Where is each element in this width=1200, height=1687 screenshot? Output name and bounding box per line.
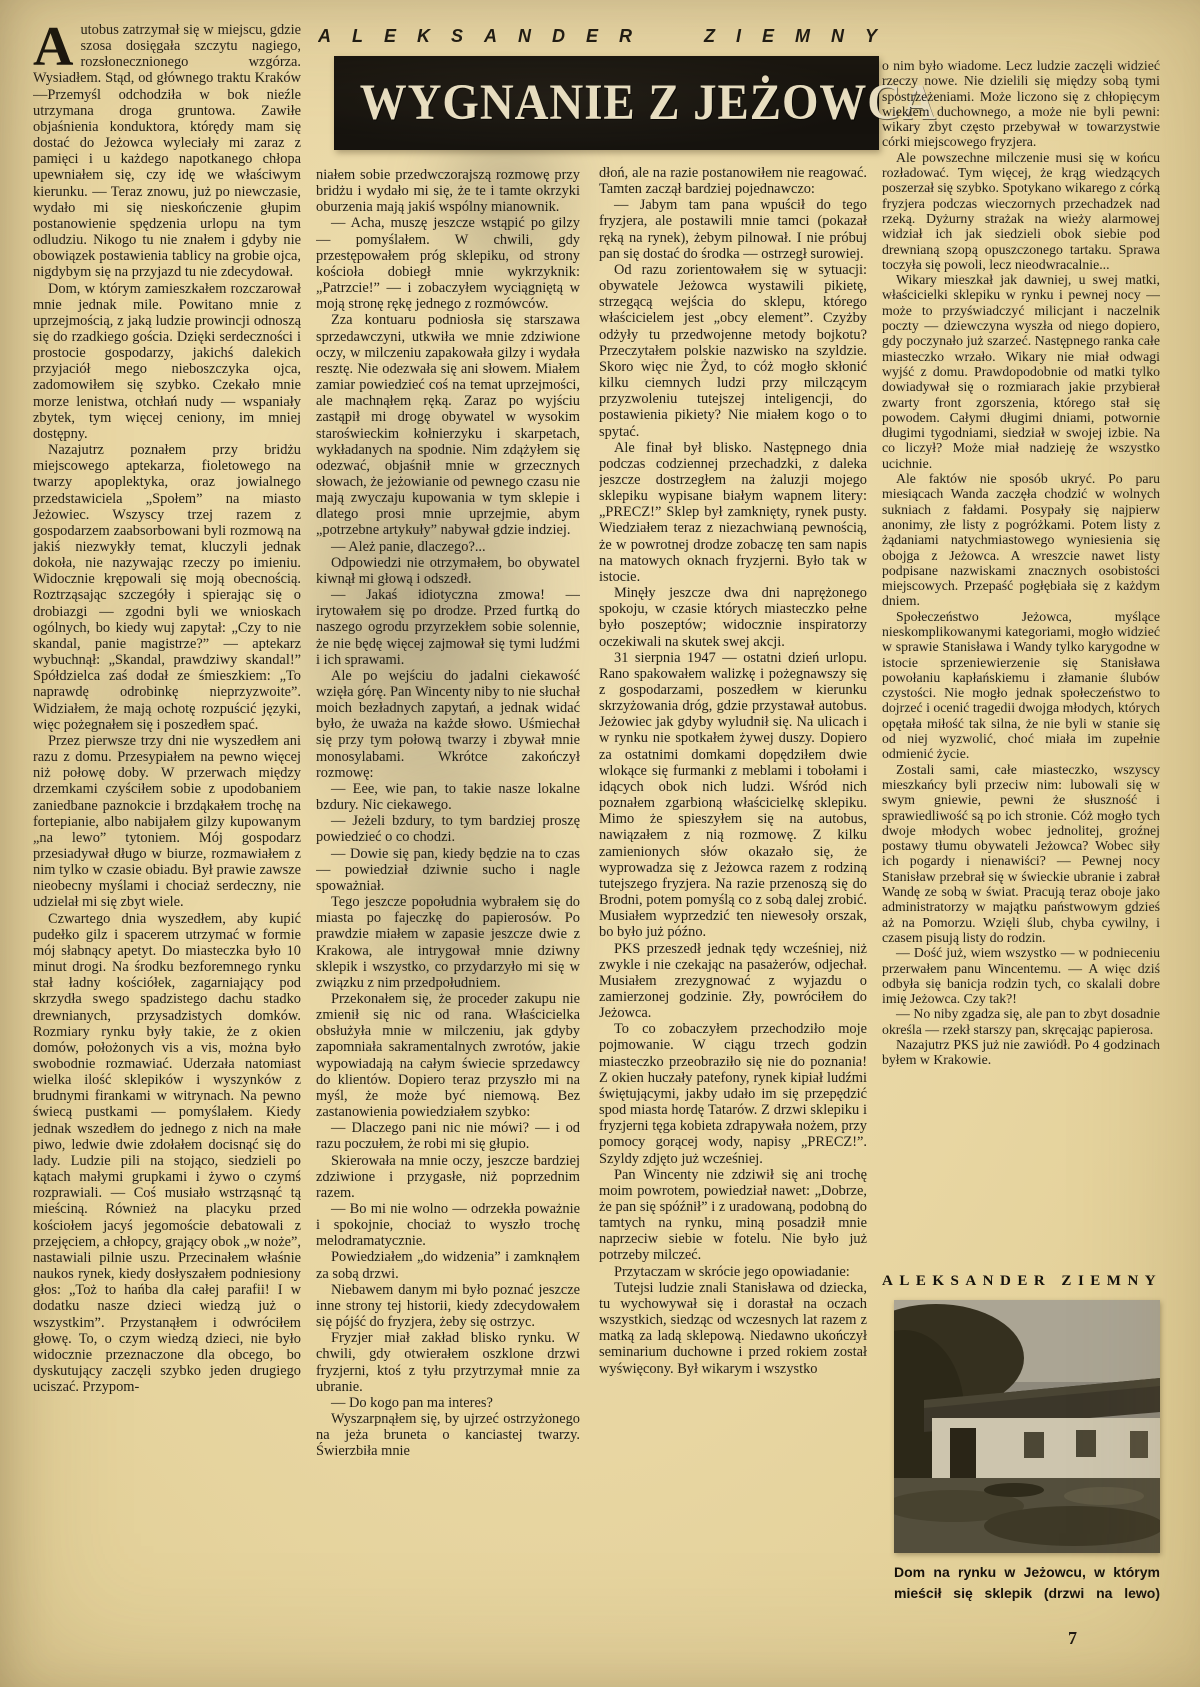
paragraph: Ale powszechne milczenie musi się w końc…	[882, 150, 1160, 272]
article-column-4: o nim było wiadome. Lecz ludzie zaczęli …	[882, 58, 1160, 1604]
paragraph: niałem sobie przedwczorajszą rozmowę prz…	[316, 167, 580, 215]
paragraph: Tego jeszcze popołudnia wybrałem się do …	[316, 894, 580, 991]
paragraph: Czwartego dnia wyszedłem, aby kupić pude…	[33, 911, 301, 1396]
house-photo-image	[894, 1300, 1160, 1553]
paragraph: Powiedziałem „do widzenia” i zamknąłem z…	[316, 1249, 580, 1281]
paragraph: Społeczeństwo Jeżowca, myślące nieskompl…	[882, 609, 1160, 762]
photo-caption: Dom na rynku w Jeżowcu, w którym mieścił…	[894, 1562, 1160, 1604]
article-column-3: dłoń, ale na razie postanowiłem nie reag…	[599, 165, 867, 1660]
paragraph: — Do kogo pan ma interes?	[316, 1395, 580, 1411]
article-title: WYGNANIE Z JEŻOWCA	[334, 74, 937, 132]
paragraph: Wyszarpnąłem się, by ujrzeć ostrzyżonego…	[316, 1411, 580, 1459]
page-number: 7	[1068, 1628, 1077, 1649]
paragraph: Niebawem danym mi było poznać jeszcze in…	[316, 1282, 580, 1330]
paragraph: Zza kontuaru podniosła się starszawa spr…	[316, 312, 580, 538]
paragraph: Pan Wincenty nie zdziwił się ani trochę …	[599, 1167, 867, 1264]
paragraph: Ale faktów nie sposób ukryć. Po paru mie…	[882, 471, 1160, 609]
paragraph: Przekonałem się, że proceder zakupu nie …	[316, 991, 580, 1120]
paragraph: Skierowała na mnie oczy, jeszcze bardzie…	[316, 1153, 580, 1201]
paragraph: — Bo mi nie wolno — odrzekła poważnie i …	[316, 1201, 580, 1249]
paragraph: Przytaczam w skrócie jego opowiadanie:	[599, 1264, 867, 1280]
article-title-banner: WYGNANIE Z JEŻOWCA	[334, 56, 879, 150]
paragraph: o nim było wiadome. Lecz ludzie zaczęli …	[882, 58, 1160, 150]
house-photo	[894, 1300, 1160, 1553]
paragraph: — Eee, wie pan, to takie nasze lokalne b…	[316, 781, 580, 813]
paragraph: — Jeżeli bzdury, to tym bardziej proszę …	[316, 813, 580, 845]
article-column-4-text: o nim było wiadome. Lecz ludzie zaczęli …	[882, 58, 1160, 1266]
paragraph: — Jabym tam pana wpuścił do tego fryzjer…	[599, 197, 867, 262]
article-column-2: niałem sobie przedwczorajszą rozmowę prz…	[316, 167, 580, 1655]
paragraph: — No niby zgadza się, ale pan to zbyt do…	[882, 1006, 1160, 1037]
paragraph: Zostali sami, całe miasteczko, wszyscy m…	[882, 762, 1160, 946]
paragraph: Minęły jeszcze dwa dni naprężonego spoko…	[599, 585, 867, 650]
paragraph: Nazajutrz poznałem przy bridżu miejscowe…	[33, 442, 301, 733]
magazine-page: ALEKSANDER ZIEMNY WYGNANIE Z JEŻOWCA Aut…	[0, 0, 1200, 1687]
paragraph: Przez pierwsze trzy dni nie wyszedłem an…	[33, 733, 301, 911]
paragraph: Dom, w którym zamieszkałem rozczarował m…	[33, 281, 301, 443]
paragraph: Autobus zatrzymał się w miejscu, gdzie s…	[33, 22, 301, 281]
paragraph: Odpowiedzi nie otrzymałem, bo obywatel k…	[316, 555, 580, 587]
article-author-header: ALEKSANDER ZIEMNY	[318, 26, 880, 47]
paragraph: 31 sierpnia 1947 — ostatni dzień urlopu.…	[599, 650, 867, 941]
paragraph: — Dość już, wiem wszystko — w podnieceni…	[882, 945, 1160, 1006]
paragraph: To co zobaczyłem przechodziło moje pojmo…	[599, 1021, 867, 1166]
paragraph: — Dowie się pan, kiedy będzie na to czas…	[316, 846, 580, 894]
paragraph: — Jakaś idiotyczna zmowa! — irytowałem s…	[316, 587, 580, 668]
article-column-1: Autobus zatrzymał się w miejscu, gdzie s…	[33, 22, 301, 1634]
paragraph: Tutejsi ludzie znali Stanisława od dziec…	[599, 1280, 867, 1377]
paragraph: — Dlaczego pani nic nie mówi? — i od raz…	[316, 1120, 580, 1152]
paragraph: — Acha, muszę jeszcze wstąpić po gilzy —…	[316, 215, 580, 312]
drop-cap: A	[33, 22, 80, 69]
paragraph: PKS przeszedł jednak tędy wcześniej, niż…	[599, 941, 867, 1022]
paragraph: Wikary mieszkał jak dawniej, u swej matk…	[882, 272, 1160, 471]
paragraph: Fryzjer miał zakład blisko rynku. W chwi…	[316, 1330, 580, 1395]
paragraph: dłoń, ale na razie postanowiłem nie reag…	[599, 165, 867, 197]
paragraph: Ale po wejściu do jadalni ciekawość wzię…	[316, 668, 580, 781]
paragraph: Nazajutrz PKS już nie zawiódł. Po 4 godz…	[882, 1037, 1160, 1068]
paragraph: — Ależ panie, dlaczego?...	[316, 539, 580, 555]
paragraph: Od razu zorientowałem się w sytuacji: ob…	[599, 262, 867, 440]
author-signature: ALEKSANDER ZIEMNY	[882, 1273, 1160, 1290]
paragraph: Ale finał był blisko. Następnego dnia po…	[599, 440, 867, 585]
